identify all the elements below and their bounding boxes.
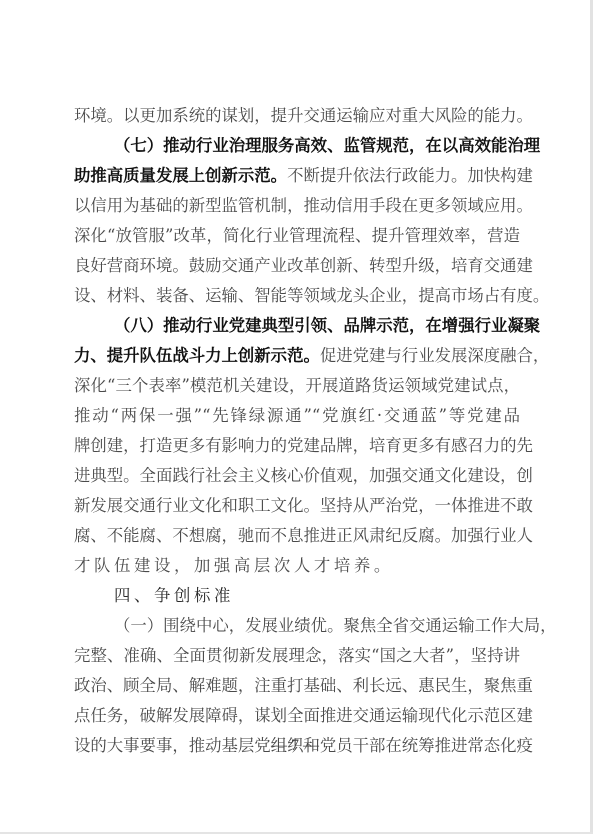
bold-heading-text: 力、提升队伍战斗力上创新示范。 [74, 346, 320, 365]
document-body: 环境。以更加系统的谋划，提升交通运输应对重大风险的能力。（七）推动行业治理服务高… [74, 101, 520, 761]
text-run: （一）围绕中心，发展业绩优。聚焦全省交通运输工作大局， [114, 616, 557, 635]
body-text-line: 良好营商环境。鼓励交通产业改革创新、转型升级，培育交通建 [74, 251, 520, 281]
body-text-line: 深化“放管服”改革，简化行业管理流程、提升管理效率，营造 [74, 221, 520, 251]
body-text-line: （一）围绕中心，发展业绩优。聚焦全省交通运输工作大局， [74, 611, 520, 641]
text-run: 良好营商环境。鼓励交通产业改革创新、转型升级，培育交通建 [74, 256, 533, 275]
subsection-heading-line: （八）推动行业党建典型引领、品牌示范，在增强行业凝聚 [74, 311, 520, 341]
text-run: 点任务，破解发展障碍，谋划全面推进交通运输现代化示范区建 [74, 706, 533, 725]
body-text-line: 深化“三个表率”模范机关建设，开展道路货运领域党建试点， [74, 371, 520, 401]
text-run: 环境。以更加系统的谋划，提升交通运输应对重大风险的能力。 [74, 106, 533, 125]
page-number: — 7 — [0, 735, 590, 757]
section-heading: 四、争创标准 [74, 581, 520, 611]
text-run: 推动“两保一强”“先锋绿源通”“党旗红·交通蓝”等党建品 [74, 406, 520, 425]
text-run: 腐、不能腐、不想腐，驰而不息推进正风肃纪反腐。加强行业人 [74, 526, 533, 545]
subsection-heading-line: 力、提升队伍战斗力上创新示范。促进党建与行业发展深度融合， [74, 341, 520, 371]
bold-heading-text: （七）推动行业治理服务高效、监管规范，在以高效能治理 [114, 136, 540, 155]
body-text-line: 环境。以更加系统的谋划，提升交通运输应对重大风险的能力。 [74, 101, 520, 131]
body-text-line: 以信用为基础的新型监管机制，推动信用手段在更多领域应用。 [74, 191, 520, 221]
text-run: 新发展交通行业文化和职工文化。坚持从严治党，一体推进不敢 [74, 496, 533, 515]
text-run: 才队伍建设，加强高层次人才培养。 [74, 556, 394, 575]
text-run: 深化“放管服”改革，简化行业管理流程、提升管理效率，营造 [74, 226, 520, 245]
bold-heading-text: （八）推动行业党建典型引领、品牌示范，在增强行业凝聚 [114, 316, 540, 335]
text-run: 不断提升依法行政能力。加快构建 [287, 166, 533, 185]
body-text-line: 新发展交通行业文化和职工文化。坚持从严治党，一体推进不敢 [74, 491, 520, 521]
body-text-line: 才队伍建设，加强高层次人才培养。 [74, 551, 520, 581]
text-run: 以信用为基础的新型监管机制，推动信用手段在更多领域应用。 [74, 196, 533, 215]
text-run: 政治、顾全局、解难题，注重打基础、利长远、惠民生，聚焦重 [74, 676, 533, 695]
body-text-line: 推动“两保一强”“先锋绿源通”“党旗红·交通蓝”等党建品 [74, 401, 520, 431]
body-text-line: 腐、不能腐、不想腐，驰而不息推进正风肃纪反腐。加强行业人 [74, 521, 520, 551]
text-run: 促进党建与行业发展深度融合， [320, 346, 549, 365]
body-text-line: 设、材料、装备、运输、智能等领域龙头企业，提高市场占有度。 [74, 281, 520, 311]
subsection-heading-line: 助推高质量发展上创新示范。不断提升依法行政能力。加快构建 [74, 161, 520, 191]
text-run: 四、争创标准 [114, 586, 234, 605]
text-run: 进典型。全面践行社会主义核心价值观，加强交通文化建设，创 [74, 466, 533, 485]
body-text-line: 牌创建，打造更多有影响力的党建品牌，培育更多有感召力的先 [74, 431, 520, 461]
document-page: 环境。以更加系统的谋划，提升交通运输应对重大风险的能力。（七）推动行业治理服务高… [0, 0, 590, 833]
subsection-heading-line: （七）推动行业治理服务高效、监管规范，在以高效能治理 [74, 131, 520, 161]
body-text-line: 政治、顾全局、解难题，注重打基础、利长远、惠民生，聚焦重 [74, 671, 520, 701]
text-run: 设、材料、装备、运输、智能等领域龙头企业，提高市场占有度。 [74, 286, 549, 305]
body-text-line: 完整、准确、全面贯彻新发展理念，落实“国之大者”，坚持讲 [74, 641, 520, 671]
bold-heading-text: 助推高质量发展上创新示范。 [74, 166, 287, 185]
text-run: 牌创建，打造更多有影响力的党建品牌，培育更多有感召力的先 [74, 436, 533, 455]
body-text-line: 点任务，破解发展障碍，谋划全面推进交通运输现代化示范区建 [74, 701, 520, 731]
body-text-line: 进典型。全面践行社会主义核心价值观，加强交通文化建设，创 [74, 461, 520, 491]
text-run: 完整、准确、全面贯彻新发展理念，落实“国之大者”，坚持讲 [74, 646, 520, 665]
text-run: 深化“三个表率”模范机关建设，开展道路货运领域党建试点， [74, 376, 520, 395]
